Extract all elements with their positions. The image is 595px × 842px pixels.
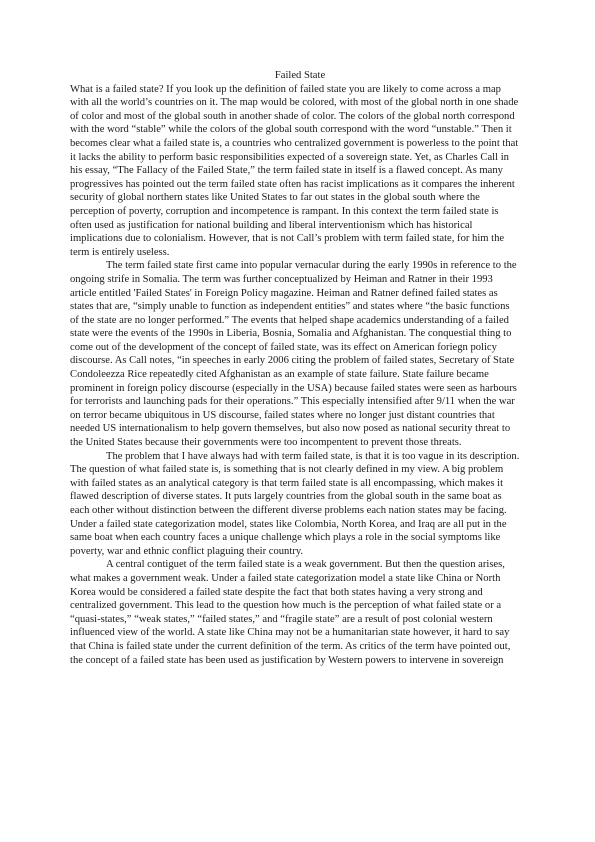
document-title: Failed State: [70, 69, 530, 83]
text-line: what makes a government weak. Under a fa…: [70, 572, 530, 586]
text-line: article entitled 'Failed States' in Fore…: [70, 287, 530, 301]
text-line: of the state are no longer performed.” T…: [70, 314, 530, 328]
text-line: with all the world’s countries on it. Th…: [70, 96, 530, 110]
text-line: What is a failed state? If you look up t…: [70, 83, 530, 97]
text-line: centralized government. This lead to the…: [70, 599, 530, 613]
text-line: come out of the development of the conce…: [70, 341, 530, 355]
text-line: state were the events of the 1990s in Li…: [70, 327, 530, 341]
text-line: each other without distinction between t…: [70, 504, 530, 518]
text-line: progressives has pointed out the term fa…: [70, 178, 530, 192]
text-line: perception of poverty, corruption and in…: [70, 205, 530, 219]
text-line: The problem that I have always had with …: [70, 450, 530, 464]
text-line: The question of what failed state is, is…: [70, 463, 530, 477]
text-line: with the word “stable” while the colors …: [70, 123, 530, 137]
text-line: “quasi-states,” “weak states,” “failed s…: [70, 613, 530, 627]
text-line: needed US internationalism to help gover…: [70, 422, 530, 436]
text-line: poverty, war and ethnic conflict plaguin…: [70, 545, 530, 559]
text-line: on terror became ubiquitous in US discou…: [70, 409, 530, 423]
text-line: implications due to colonialism. However…: [70, 232, 530, 246]
text-line: for terrorists and launching pads for th…: [70, 395, 530, 409]
text-line: discourse. As Call notes, “in speeches i…: [70, 354, 530, 368]
text-line: that China is failed state under the cur…: [70, 640, 530, 654]
text-line: The term failed state first came into po…: [70, 259, 530, 273]
text-line: same boat when each country faces a uniq…: [70, 531, 530, 545]
paragraph-2: The term failed state first came into po…: [70, 259, 530, 449]
text-line: Korea would be considered a failed state…: [70, 586, 530, 600]
text-line: security of global northern states like …: [70, 191, 530, 205]
text-line: prominent in foreign policy discourse (e…: [70, 382, 530, 396]
text-line: it lacks the ability to perform basic re…: [70, 151, 530, 165]
text-line: the United States because their governme…: [70, 436, 530, 450]
paragraph-1: What is a failed state? If you look up t…: [70, 83, 530, 260]
text-line: his essay, “The Fallacy of the Failed St…: [70, 164, 530, 178]
text-line: becomes clear what a failed state is, a …: [70, 137, 530, 151]
text-line: often used as justification for national…: [70, 219, 530, 233]
text-line: ongoing strife in Somalia. The term was …: [70, 273, 530, 287]
text-line: A central contiguet of the term failed s…: [70, 558, 530, 572]
document-body: Failed State What is a failed state? If …: [70, 69, 530, 667]
text-line: influenced view of the world. A state li…: [70, 626, 530, 640]
text-line: of color and most of the global south in…: [70, 110, 530, 124]
document-page: Failed State What is a failed state? If …: [0, 0, 595, 842]
paragraph-4: A central contiguet of the term failed s…: [70, 558, 530, 667]
text-line: term is entirely useless.: [70, 246, 530, 260]
text-line: flawed description of diverse states. It…: [70, 490, 530, 504]
text-line: with failed states as an analytical cate…: [70, 477, 530, 491]
text-line: Condoleezza Rice repeatedly cited Afghan…: [70, 368, 530, 382]
text-line: Under a failed state categorization mode…: [70, 518, 530, 532]
paragraph-3: The problem that I have always had with …: [70, 450, 530, 559]
text-line: states that are, “simply unable to funct…: [70, 300, 530, 314]
text-line: the concept of a failed state has been u…: [70, 654, 530, 668]
